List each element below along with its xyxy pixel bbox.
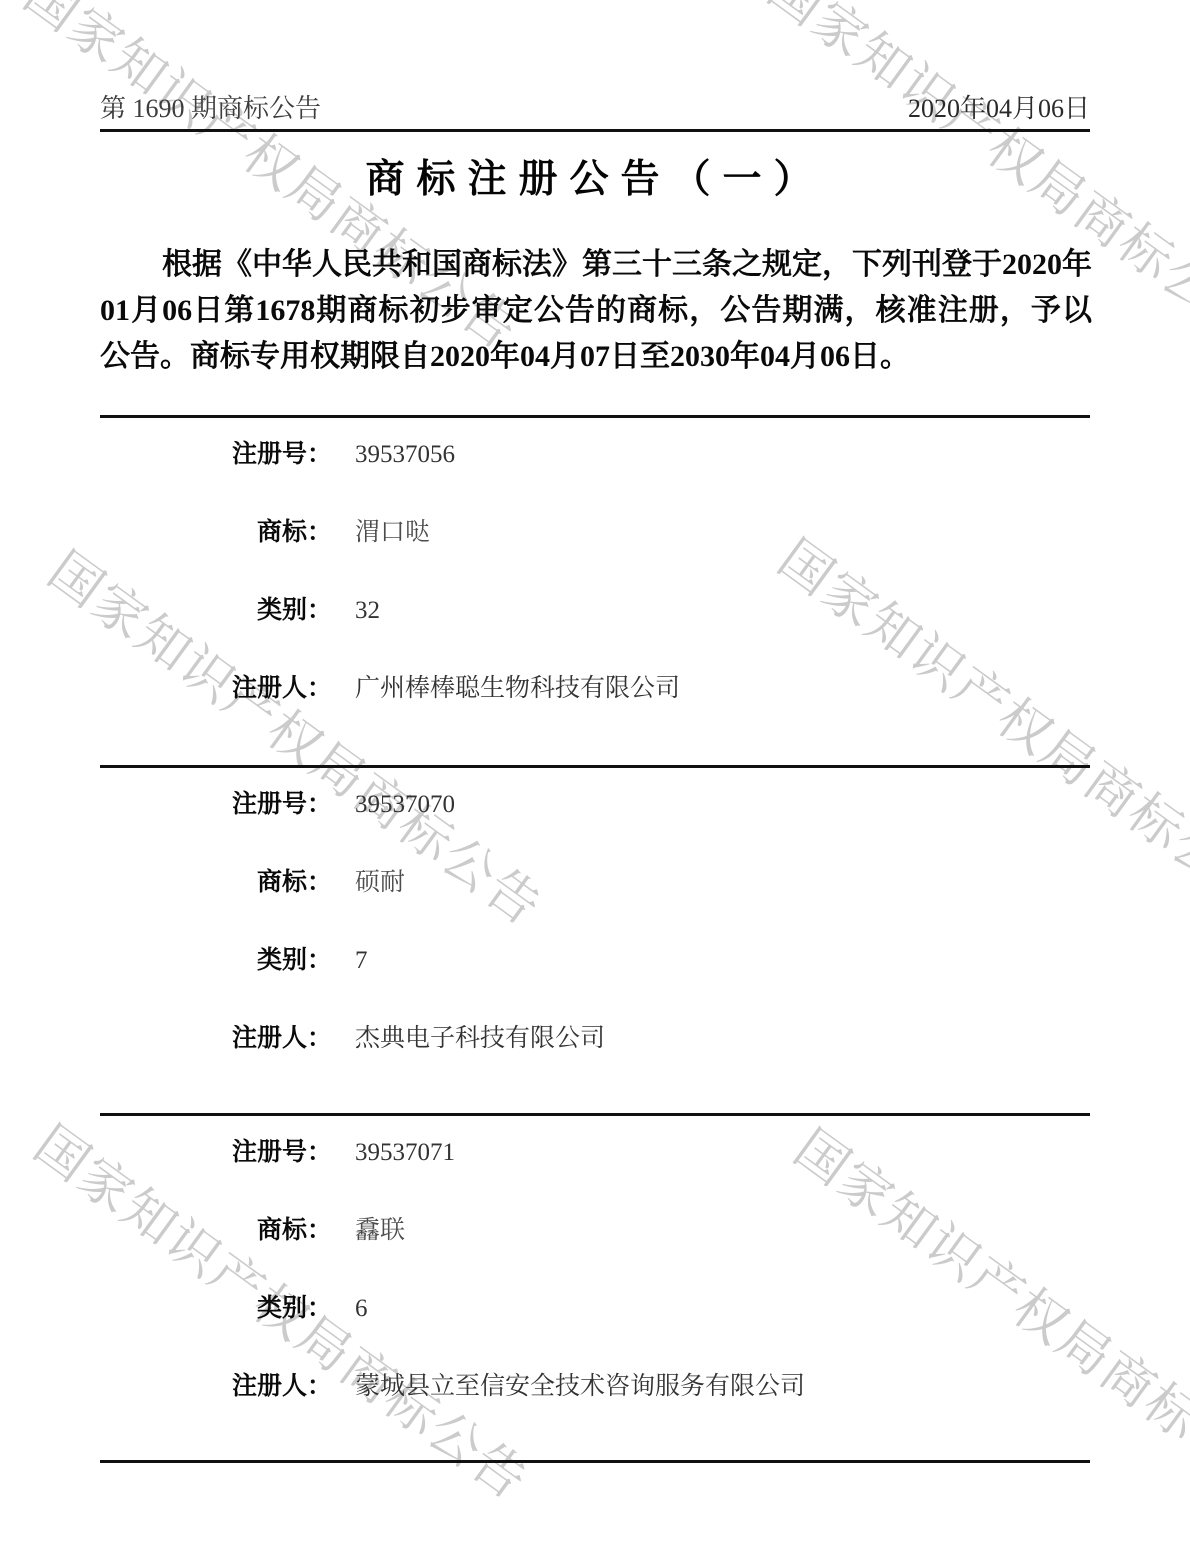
issue-number-label: 第 1690 期商标公告 [100, 94, 321, 124]
registrant-row: 注册人： 广州棒棒聪生物科技有限公司 [100, 672, 1090, 706]
class-label: 类别： [100, 594, 332, 628]
registrant-row: 注册人： 杰典电子科技有限公司 [100, 1022, 1090, 1056]
registrant-label: 注册人： [100, 1022, 332, 1056]
gazette-page: 国家知识产权局商标公告 国家知识产权局商标公告 国家知识产权局商标公告 国家知识… [0, 0, 1190, 1564]
trademark-entry: 注册号： 39537071 商标： 馫联 类别： 6 注册人： 蒙城县立至信安全… [100, 1113, 1090, 1460]
trademark-entries: 注册号： 39537056 商标： 渭口哒 类别： 32 注册人： 广州棒棒聪生… [100, 415, 1090, 1463]
trademark-value: 渭口哒 [355, 516, 430, 550]
registrant-label: 注册人： [100, 672, 332, 706]
trademark-label: 商标： [100, 866, 332, 900]
registration-number-value: 39537070 [355, 788, 455, 822]
intro-paragraph: 根据《中华人民共和国商标法》第三十三条之规定，下列刊登于2020年 01月06日… [100, 242, 1092, 380]
page-title: 商标注册公告（一） [0, 148, 1190, 204]
trademark-row: 商标： 硕耐 [100, 866, 1090, 900]
class-row: 类别： 7 [100, 944, 1090, 978]
class-label: 类别： [100, 944, 332, 978]
trademark-entry: 注册号： 39537056 商标： 渭口哒 类别： 32 注册人： 广州棒棒聪生… [100, 415, 1090, 765]
registrant-label: 注册人： [100, 1370, 332, 1404]
header-divider [100, 129, 1090, 132]
trademark-entry: 注册号： 39537070 商标： 硕耐 类别： 7 注册人： 杰典电子科技有限… [100, 765, 1090, 1113]
trademark-label: 商标： [100, 1214, 332, 1248]
class-row: 类别： 6 [100, 1292, 1090, 1326]
registrant-row: 注册人： 蒙城县立至信安全技术咨询服务有限公司 [100, 1370, 1090, 1404]
intro-line: 公告。商标专用权期限自2020年04月07日至2030年04月06日。 [100, 334, 1092, 380]
registration-number-label: 注册号： [100, 438, 332, 472]
trademark-row: 商标： 渭口哒 [100, 516, 1090, 550]
class-row: 类别： 32 [100, 594, 1090, 628]
intro-line: 根据《中华人民共和国商标法》第三十三条之规定，下列刊登于2020年 [100, 242, 1092, 288]
trademark-label: 商标： [100, 516, 332, 550]
bottom-divider [100, 1460, 1090, 1463]
page-header: 第 1690 期商标公告 2020年04月06日 [100, 94, 1090, 124]
intro-line: 01月06日第1678期商标初步审定公告的商标，公告期满，核准注册，予以 [100, 288, 1092, 334]
registration-number-value: 39537071 [355, 1136, 455, 1170]
publication-date: 2020年04月06日 [908, 94, 1090, 124]
trademark-row: 商标： 馫联 [100, 1214, 1090, 1248]
registrant-value: 广州棒棒聪生物科技有限公司 [355, 672, 680, 706]
registration-number-value: 39537056 [355, 438, 455, 472]
class-value: 7 [355, 944, 368, 978]
page-content: 第 1690 期商标公告 2020年04月06日 商标注册公告（一） 根据《中华… [0, 0, 1190, 1564]
class-value: 6 [355, 1292, 368, 1326]
registration-number-row: 注册号： 39537056 [100, 438, 1090, 472]
registration-number-label: 注册号： [100, 1136, 332, 1170]
trademark-value: 馫联 [355, 1214, 405, 1248]
registrant-value: 杰典电子科技有限公司 [355, 1022, 605, 1056]
class-value: 32 [355, 594, 380, 628]
registration-number-row: 注册号： 39537071 [100, 1136, 1090, 1170]
class-label: 类别： [100, 1292, 332, 1326]
registrant-value: 蒙城县立至信安全技术咨询服务有限公司 [355, 1370, 805, 1404]
trademark-value: 硕耐 [355, 866, 405, 900]
registration-number-label: 注册号： [100, 788, 332, 822]
registration-number-row: 注册号： 39537070 [100, 788, 1090, 822]
